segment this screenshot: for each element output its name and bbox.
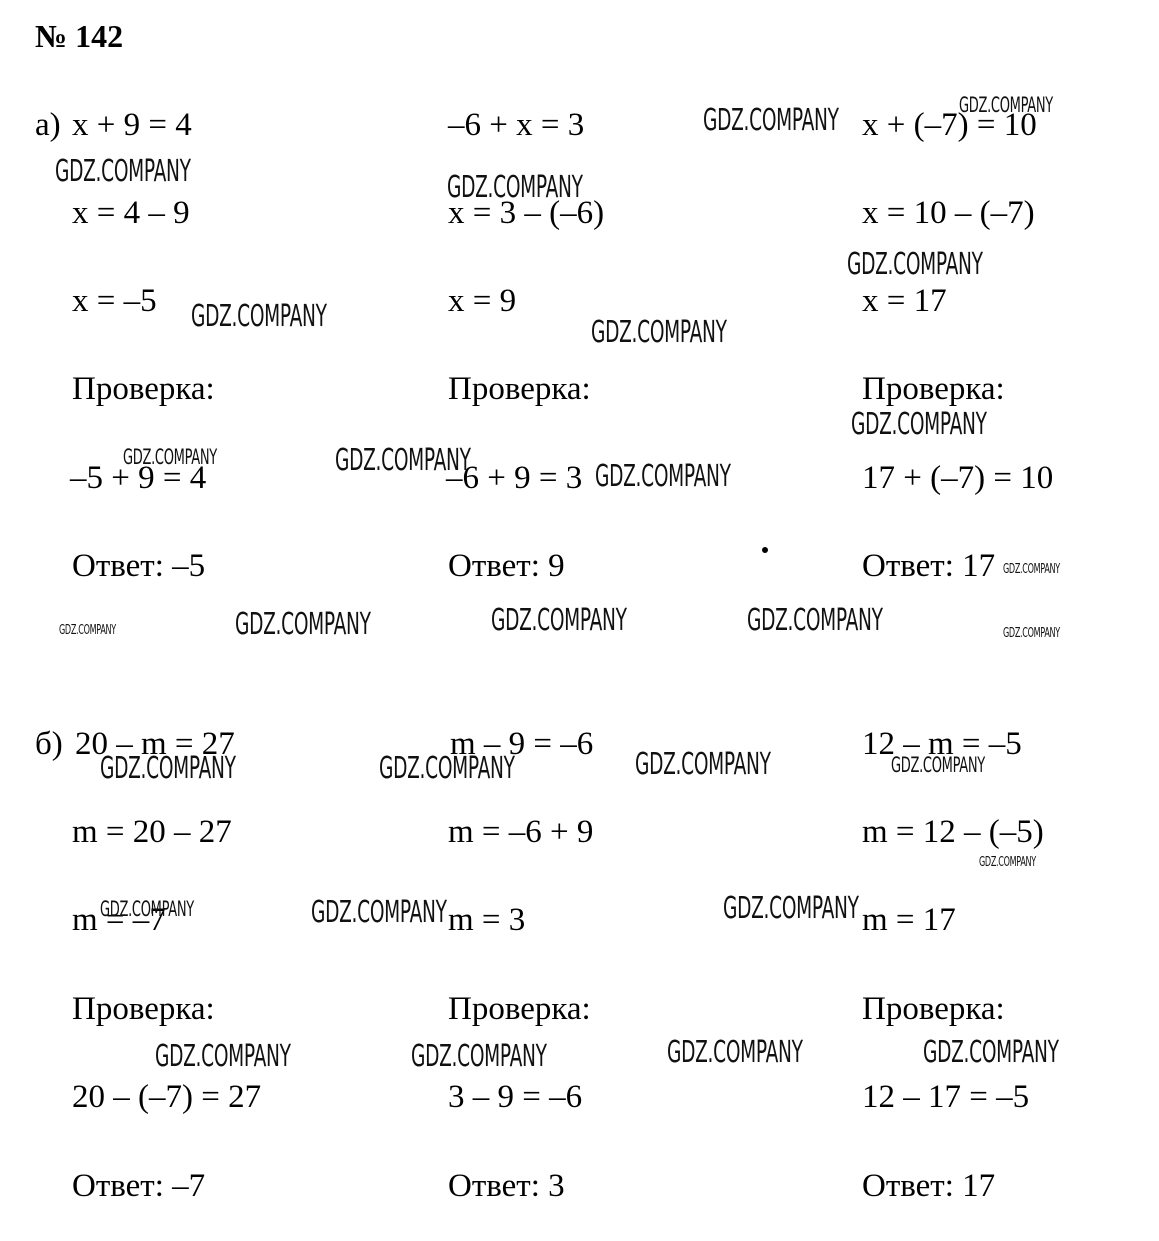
part-a-col3-check: 17 + (–7) = 10: [862, 458, 1053, 498]
part-b-col2-check-label: Проверка:: [448, 989, 591, 1029]
part-a-col1-answer: Ответ: –5: [72, 546, 205, 586]
part-a-label: а): [35, 105, 61, 145]
part-b-col1-check-label: Проверка:: [72, 989, 215, 1029]
watermark: GDZ.COMPANY: [723, 894, 859, 924]
part-a-col2-check-label: Проверка:: [448, 369, 591, 409]
watermark: GDZ.COMPANY: [59, 624, 116, 637]
watermark: GDZ.COMPANY: [335, 446, 471, 476]
watermark: GDZ.COMPANY: [923, 1038, 1059, 1068]
part-b-col2-check: 3 – 9 = –6: [448, 1077, 582, 1117]
part-a-col1-step1: x = 4 – 9: [72, 193, 190, 233]
watermark: GDZ.COMPANY: [100, 899, 194, 920]
watermark: GDZ.COMPANY: [595, 462, 731, 492]
watermark: GDZ.COMPANY: [311, 898, 447, 928]
watermark: GDZ.COMPANY: [411, 1042, 547, 1072]
watermark: GDZ.COMPANY: [491, 606, 627, 636]
part-a-col3-check-label: Проверка:: [862, 369, 1005, 409]
part-b-label: б): [35, 724, 63, 764]
part-b-col2-answer: Ответ: 3: [448, 1166, 565, 1206]
part-b-col1-step1: m = 20 – 27: [72, 812, 232, 852]
part-a-col1-equation: x + 9 = 4: [72, 105, 192, 145]
watermark: GDZ.COMPANY: [591, 318, 727, 348]
watermark: GDZ.COMPANY: [191, 302, 327, 332]
part-a-col2-answer: Ответ: 9: [448, 546, 565, 586]
watermark: GDZ.COMPANY: [155, 1042, 291, 1072]
watermark: GDZ.COMPANY: [635, 750, 771, 780]
watermark: GDZ.COMPANY: [447, 173, 583, 203]
watermark: GDZ.COMPANY: [55, 157, 191, 187]
watermark: GDZ.COMPANY: [747, 606, 883, 636]
stray-dot: [762, 547, 768, 553]
watermark: GDZ.COMPANY: [1003, 627, 1060, 640]
part-b-col3-answer: Ответ: 17: [862, 1166, 995, 1206]
part-a-col1-step2: x = –5: [72, 281, 157, 321]
part-b-col3-step2: m = 17: [862, 900, 956, 940]
exercise-number: № 142: [35, 16, 123, 56]
watermark: GDZ.COMPANY: [959, 95, 1053, 116]
part-a-col2-equation: –6 + x = 3: [448, 105, 584, 145]
watermark: GDZ.COMPANY: [235, 610, 371, 640]
part-a-col2-step2: x = 9: [448, 281, 516, 321]
watermark: GDZ.COMPANY: [847, 250, 983, 280]
part-b-col1-check: 20 – (–7) = 27: [72, 1077, 261, 1117]
watermark: GDZ.COMPANY: [851, 410, 987, 440]
part-b-col3-check-label: Проверка:: [862, 989, 1005, 1029]
watermark: GDZ.COMPANY: [667, 1038, 803, 1068]
watermark: GDZ.COMPANY: [703, 106, 839, 136]
part-b-col1-answer: Ответ: –7: [72, 1166, 205, 1206]
part-a-col3-answer: Ответ: 17: [862, 546, 995, 586]
part-b-col3-step1: m = 12 – (–5): [862, 812, 1044, 852]
part-b-col2-step1: m = –6 + 9: [448, 812, 593, 852]
part-a-col1-check-label: Проверка:: [72, 369, 215, 409]
watermark: GDZ.COMPANY: [979, 856, 1036, 869]
part-a-col3-step2: x = 17: [862, 281, 947, 321]
watermark: GDZ.COMPANY: [891, 755, 985, 776]
watermark: GDZ.COMPANY: [1003, 563, 1060, 576]
watermark: GDZ.COMPANY: [379, 754, 515, 784]
part-b-col2-step2: m = 3: [448, 900, 525, 940]
watermark: GDZ.COMPANY: [123, 447, 217, 468]
part-a-col3-step1: x = 10 – (–7): [862, 193, 1035, 233]
watermark: GDZ.COMPANY: [100, 754, 236, 784]
part-b-col3-check: 12 – 17 = –5: [862, 1077, 1029, 1117]
